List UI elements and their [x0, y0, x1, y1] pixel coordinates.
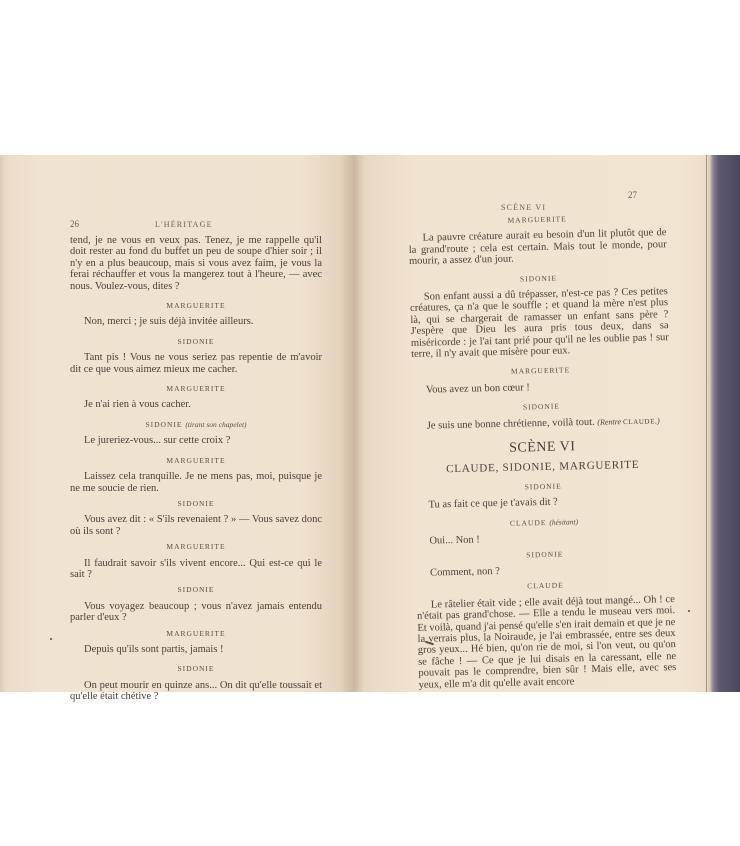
dialogue-text: Je suis une bonne chrétienne, voilà tout… [427, 417, 595, 432]
stage-direction: (hésitant) [549, 517, 578, 527]
stage-direction: (tirant son chapelet) [185, 420, 246, 429]
speaker-label: SIDONIE [70, 498, 322, 509]
stage-open: (Rentre [597, 417, 623, 427]
page-number-right: 27 [628, 190, 637, 200]
speaker-label: MARGUERITE [70, 628, 322, 639]
paper-speck [50, 638, 52, 640]
scene-heading: SCÈNE VI [413, 439, 671, 456]
speaker-name: CLAUDE [510, 518, 547, 528]
dialogue-text: Tu as fait ce que je t'avais dit ? [414, 494, 672, 511]
dialogue-text: Depuis qu'ils sont partis, jamais ! [70, 644, 322, 655]
page-number-left: 26 [70, 219, 79, 229]
left-page-text: tend, je ne vous en veux pas. Tenez, je … [70, 235, 322, 703]
speaker-label: SIDONIE [70, 663, 322, 674]
dialogue-text: La pauvre créature aurait eu besoin d'un… [408, 228, 667, 268]
dialogue-text: Non, merci ; je suis déjà invitée ailleu… [70, 316, 322, 327]
stage-direction: (Rentre CLAUDE.) [597, 416, 660, 426]
left-page: 26 L'HÉRITAGE tend, je ne vous en veux p… [0, 155, 353, 692]
speaker-label: SIDONIE [414, 478, 672, 495]
dialogue-text: On peut mourir en quinze ans... On dit q… [70, 680, 322, 703]
speaker-label: SIDONIE [70, 336, 322, 347]
dialogue-text: Vous avez un bon cœur ! [412, 379, 670, 396]
dialogue-text: Oui... Non ! [415, 530, 673, 547]
speaker-label: SIDONIE [409, 270, 667, 287]
speaker-label-with-stage: SIDONIE (tirant son chapelet) [70, 419, 322, 430]
dialogue-text: Vous voyagez beaucoup ; vous n'avez jama… [70, 601, 322, 624]
scene-cast-list: CLAUDE, SIDONIE, MARGUERITE [414, 459, 672, 476]
speaker-name: SIDONIE [145, 420, 182, 429]
dialogue-text: Tant pis ! Vous ne vous seriez pas repen… [70, 352, 322, 375]
speaker-label: MARGUERITE [411, 363, 669, 380]
stage-character: CLAUDE [623, 417, 655, 426]
dialogue-text: Il faudrait savoir s'ils vivent encore..… [70, 558, 322, 581]
open-book: 26 L'HÉRITAGE tend, je ne vous en veux p… [0, 155, 740, 692]
speaker-label: MARGUERITE [70, 383, 322, 394]
right-page: SCÈNE VI 27 MARGUERITE La pauvre créatur… [353, 155, 713, 692]
dialogue-text-with-stage: Je suis une bonne chrétienne, voilà tout… [413, 415, 671, 433]
dialogue-text: Son enfant aussi a dû trépasser, n'est-c… [410, 286, 669, 360]
dialogue-text: tend, je ne vous en veux pas. Tenez, je … [70, 235, 322, 292]
speaker-label: MARGUERITE [408, 211, 666, 228]
dialogue-text: Le jureriez-vous... sur cette croix ? [70, 435, 322, 446]
speaker-label: MARGUERITE [70, 455, 322, 466]
right-page-text: MARGUERITE La pauvre créature aurait eu … [408, 209, 677, 691]
dialogue-text: Vous avez dit : « S'ils revenaient ? » —… [70, 514, 322, 537]
speaker-label: SIDONIE [416, 546, 674, 563]
speaker-label: CLAUDE [416, 577, 674, 594]
dialogue-text: Laissez cela tranquille. Je ne mens pas,… [70, 471, 322, 494]
paper-speck [688, 610, 690, 612]
stage-close: .) [655, 416, 660, 425]
speaker-label: MARGUERITE [70, 541, 322, 552]
speaker-label: SIDONIE [412, 398, 670, 415]
dialogue-text: Comment, non ? [416, 562, 674, 579]
speaker-label: SIDONIE [70, 584, 322, 595]
running-head-left: L'HÉRITAGE [155, 220, 213, 229]
dialogue-text: Je n'ai rien à vous cacher. [70, 399, 322, 410]
book-cover-edge [707, 155, 740, 692]
speaker-label-with-stage: CLAUDE (hésitant) [415, 514, 673, 531]
dialogue-text: Le râtelier était vide ; elle avait déjà… [417, 594, 677, 691]
speaker-label: MARGUERITE [70, 300, 322, 311]
running-head-right: SCÈNE VI [501, 203, 546, 212]
